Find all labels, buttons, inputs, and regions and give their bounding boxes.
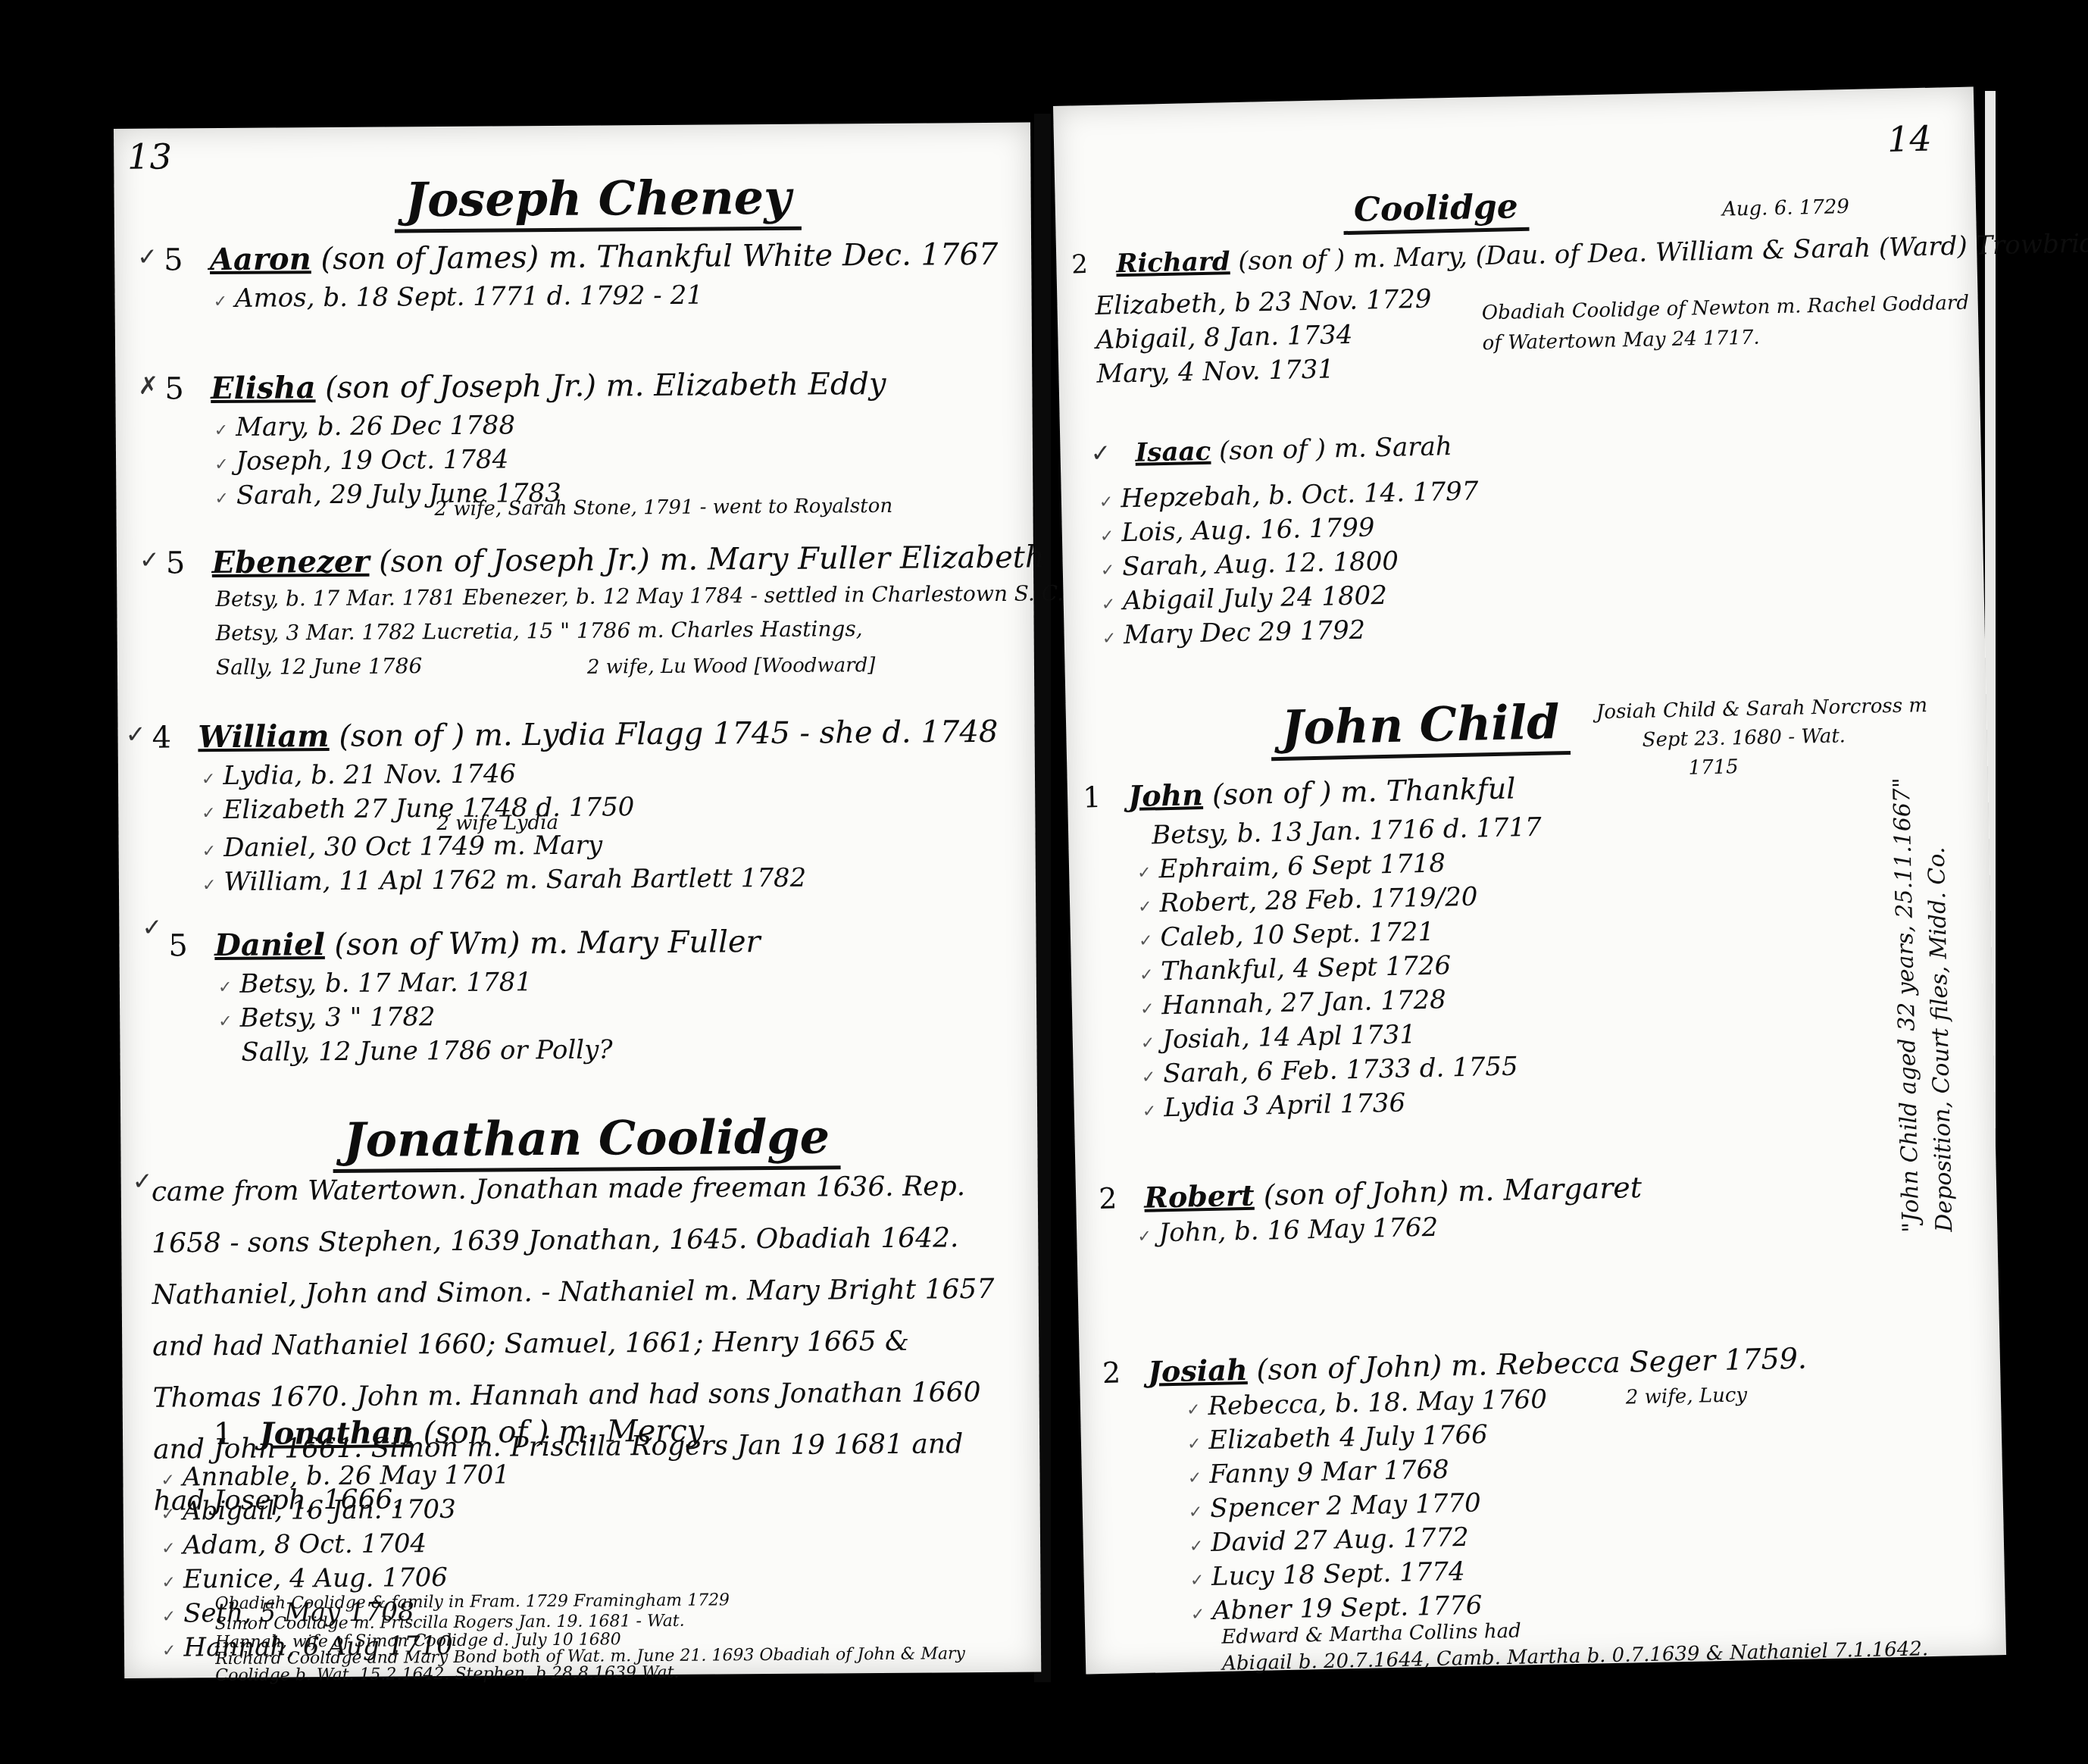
entry-note: 2 wife, Lu Wood [Woodward] (587, 654, 876, 679)
child-entry: ✓Lucy 18 Sept. 1774 (1189, 1556, 1465, 1593)
child-entry: ✓Hepzebah, b. Oct. 14. 1797 (1099, 476, 1478, 514)
check-icon: ✓ (125, 720, 145, 749)
page-number: 13 (127, 136, 172, 177)
child-entry: ✓John, b. 16 May 1762 (1137, 1212, 1439, 1249)
child-entry: ✓Daniel, 30 Oct 1749 m. Mary (202, 830, 602, 864)
child-entry: ✓Spencer 2 May 1770 (1188, 1488, 1481, 1525)
child-entry: ✓Annable, b. 26 May 1701 (161, 1459, 510, 1492)
page-number: 14 (1887, 118, 1933, 160)
side-note: Obadiah Coolidge of Newton m. Rachel God… (1482, 292, 1970, 324)
section-title: John Child (1270, 694, 1571, 761)
entry-head: 5 Elisha (son of Joseph Jr.) m. Elizabet… (164, 366, 886, 407)
entry-name: Jonathan (260, 1415, 414, 1451)
check-icon: ✓ (137, 242, 158, 271)
child-entry: ✓Eunice, 4 Aug. 1706 (161, 1562, 448, 1595)
child-entry: ✓Lydia 3 April 1736 (1142, 1088, 1405, 1124)
entry-note: 2 wife, Lucy (1626, 1384, 1748, 1409)
child-entry: ✓Josiah, 14 Apl 1731 (1140, 1019, 1416, 1056)
entry-name: Aaron (210, 241, 311, 277)
entry-head: Isaac (son of ) m. Sarah (1090, 431, 1452, 469)
child-entry: ✓Elizabeth 27 June 1748 d. 1750 (202, 792, 634, 825)
footnote-line: Coolidge b. Wat. 15.2.1642. Stephen, b 2… (215, 1663, 679, 1686)
side-note: 1715 (1688, 755, 1739, 779)
entry-head: 1 John (son of ) m. Thankful (1083, 771, 1516, 814)
child-entry: ✓Amos, b. 18 Sept. 1771 d. 1792 - 21 (213, 280, 703, 314)
side-note: Josiah Child & Sarah Norcross m (1596, 694, 1928, 724)
child-entry: ✓Elizabeth 4 July 1766 (1187, 1419, 1489, 1456)
right-page: 14 Coolidge Aug. 6. 1729 2 Richard (son … (1053, 87, 2006, 1675)
section-title: Coolidge (1343, 187, 1529, 235)
entry-note: 2 wife, Sarah Stone, 1791 - went to Roya… (434, 495, 892, 521)
left-page: 13 Joseph Cheney ✓ 5 Aaron (son of James… (114, 123, 1041, 1678)
child-entry: ✓Joseph, 19 Oct. 1784 (214, 444, 508, 477)
child-entry: ✓Lydia, b. 21 Nov. 1746 (202, 758, 516, 791)
child-entry: Elizabeth, b 23 Nov. 1729 (1095, 284, 1432, 321)
child-entry: ✓Abigail, 16 Jan. 1703 (161, 1494, 456, 1527)
entry-name: Josiah (1148, 1353, 1248, 1389)
entry-head: 2 Josiah (son of John) m. Rebecca Seger … (1102, 1341, 1808, 1390)
entry-head: 5 Daniel (son of Wm) m. Mary Fuller (168, 924, 760, 963)
child-entry: ✓Ephraim, 6 Sept 1718 (1137, 848, 1446, 885)
entry-name: Elisha (211, 370, 316, 406)
check-icon: ✗ (138, 371, 158, 400)
vertical-margin-note: "John Child aged 32 years, 25.11.1667" D… (1886, 777, 1962, 1233)
entry-head: 2 Richard (son of ) m. Mary, (Dau. of De… (1071, 227, 2088, 280)
child-entry: ✓Mary, b. 26 Dec 1788 (214, 410, 516, 443)
entry-name: Daniel (214, 927, 325, 963)
check-icon: ✓ (139, 546, 160, 574)
child-entry: ✓Caleb, 10 Sept. 1721 (1139, 917, 1435, 953)
child-entry: Betsy, b. 13 Jan. 1716 d. 1717 (1152, 812, 1542, 851)
child-entry: ✓Lois, Aug. 16. 1799 (1099, 512, 1374, 549)
side-note: Sept 23. 1680 - Wat. (1642, 724, 1846, 752)
child-entry: ✓David 27 Aug. 1772 (1189, 1522, 1469, 1559)
child-entry: ✓Betsy, 3 " 1782 (218, 1002, 436, 1034)
child-entry: Abigail, 8 Jan. 1734 (1096, 320, 1353, 355)
child-entry: Betsy, b. 17 Mar. 1781 Ebenezer, b. 12 M… (215, 580, 1064, 611)
check-icon: ✓ (142, 913, 162, 942)
child-entry: ✓Adam, 8 Oct. 1704 (161, 1528, 427, 1560)
child-entry: ✓Fanny 9 Mar 1768 (1187, 1454, 1449, 1490)
child-entry: ✓William, 11 Apl 1762 m. Sarah Bartlett … (202, 863, 807, 898)
entry-name: Robert (1144, 1178, 1255, 1215)
side-note: of Watertown May 24 1717. (1482, 327, 1760, 355)
child-entry: Sally, 12 June 1786 (216, 653, 422, 680)
child-entry: ✓Hannah, 27 Jan. 1728 (1139, 984, 1446, 1021)
child-entry: ✓Thankful, 4 Sept 1726 (1139, 950, 1452, 987)
entry-head: 4 William (son of ) m. Lydia Flagg 1745 … (152, 714, 998, 755)
entry-name: Ebenezer (212, 544, 370, 580)
margin-note: Aug. 6. 1729 (1722, 195, 1850, 221)
entry-name: Richard (1116, 246, 1230, 279)
child-entry: ✓Rebecca, b. 18. May 1760 (1186, 1384, 1548, 1422)
entry-name: John (1128, 777, 1204, 813)
child-entry: ✓Abigail July 24 1802 (1101, 580, 1387, 617)
entry-head: 1 Jonathan (son of ) m. Mercy (214, 1413, 705, 1453)
entry-name: William (198, 718, 330, 755)
entry-head: 5 Ebenezer (son of Joseph Jr.) m. Mary F… (166, 539, 1045, 580)
section-title: Joseph Cheney (394, 170, 802, 233)
child-entry: Sally, 12 June 1786 or Polly? (241, 1034, 612, 1067)
child-entry: ✓Sarah, 6 Feb. 1733 d. 1755 (1141, 1051, 1518, 1089)
child-entry: ✓Robert, 28 Feb. 1719/20 (1138, 881, 1478, 918)
child-entry: ✓Betsy, b. 17 Mar. 1781 (218, 967, 532, 999)
entry-head: 2 Robert (son of John) m. Margaret (1099, 1170, 1643, 1215)
footnote-line: Obadiah Coolidge & family in Fram. 1729 … (215, 1590, 730, 1614)
entry-name: Isaac (1135, 436, 1211, 468)
child-entry: ✓Mary Dec 29 1792 (1102, 615, 1365, 651)
check-icon: ✓ (133, 1167, 153, 1196)
child-entry: ✓Sarah, Aug. 12. 1800 (1100, 546, 1399, 583)
child-entry: Mary, 4 Nov. 1731 (1096, 354, 1334, 389)
child-entry: Betsy, 3 Mar. 1782 Lucretia, 15 " 1786 m… (216, 616, 863, 646)
entry-head: 5 Aaron (son of James) m. Thankful White… (164, 236, 998, 278)
